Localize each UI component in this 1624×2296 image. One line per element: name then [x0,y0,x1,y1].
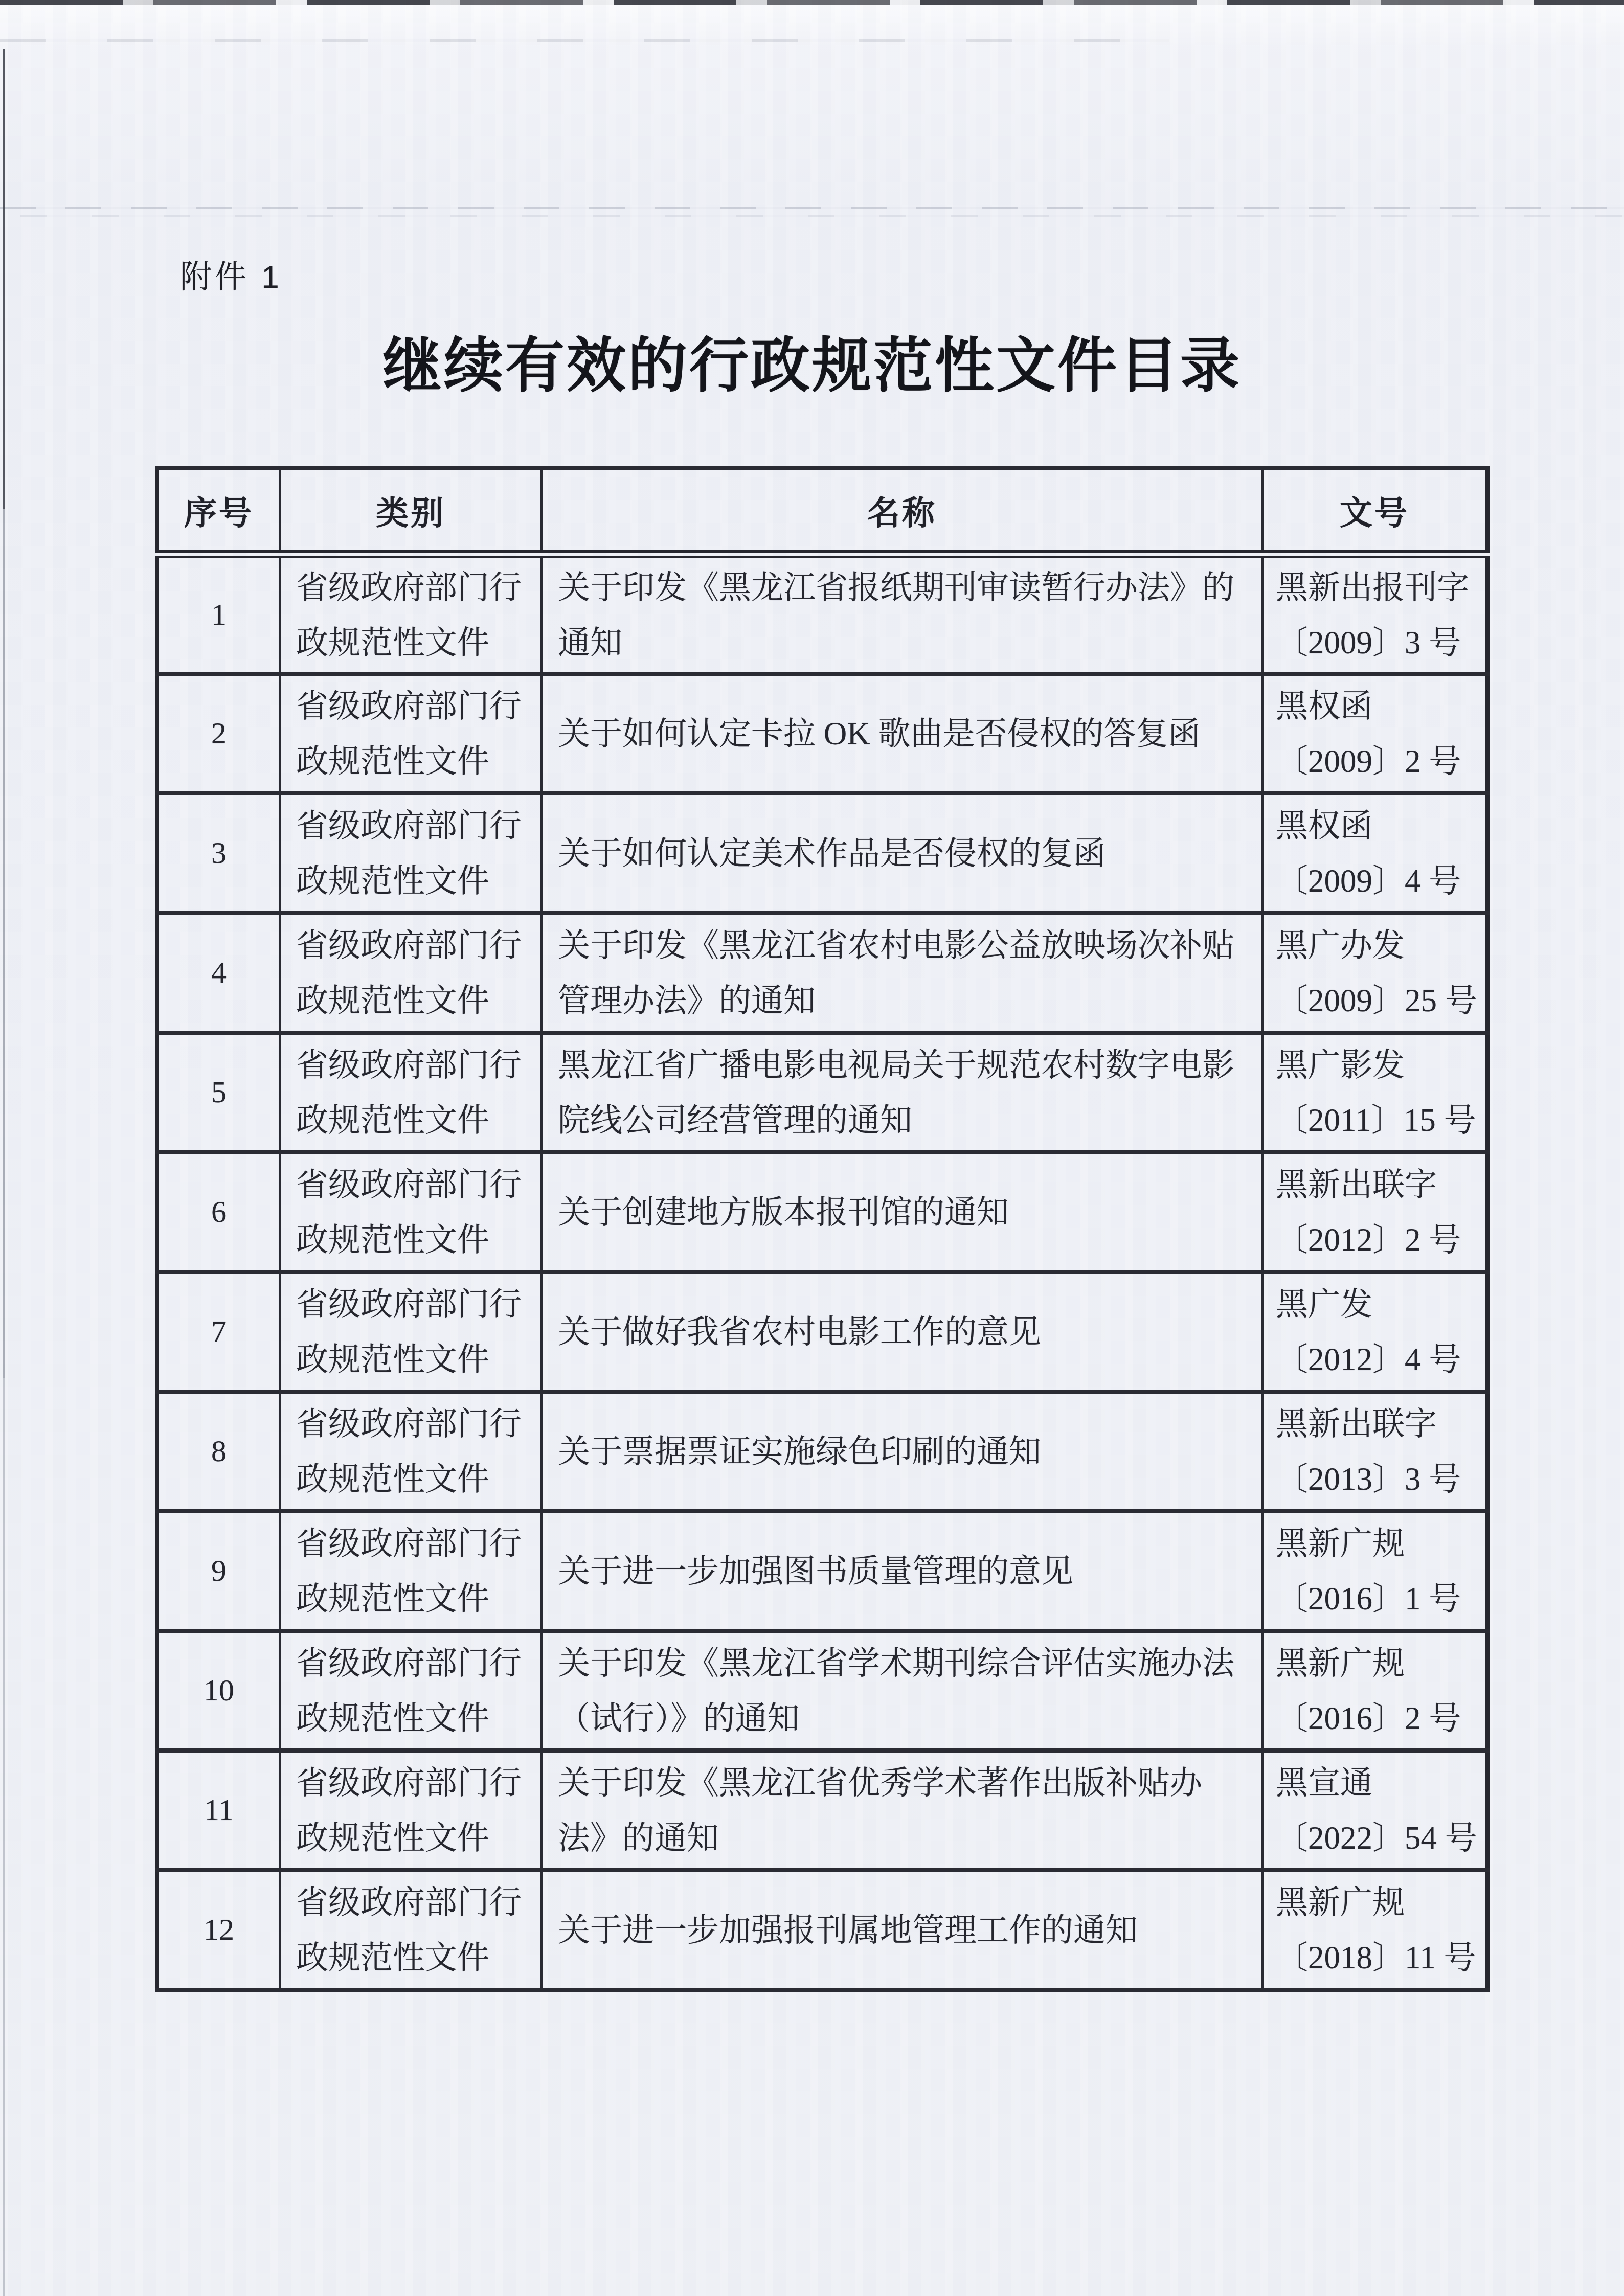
cell-doc-number: 黑新出联字〔2012〕2 号 [1262,1152,1487,1272]
table-body: 1 省级政府部门行政规范性文件 关于印发《黑龙江省报纸期刊审读暂行办法》的通知 … [157,554,1487,1990]
column-header-seq: 序号 [157,468,280,554]
cell-doc-number: 黑权函〔2009〕4 号 [1262,793,1487,913]
scan-smudge-artifact [0,39,1169,42]
cell-doc-name: 关于进一步加强报刊属地管理工作的通知 [542,1870,1262,1990]
table-row: 4 省级政府部门行政规范性文件 关于印发《黑龙江省农村电影公益放映场次补贴管理办… [157,913,1487,1033]
cell-doc-name: 关于如何认定美术作品是否侵权的复函 [542,793,1262,913]
cell-doc-name: 关于进一步加强图书质量管理的意见 [542,1511,1262,1631]
table-row: 5 省级政府部门行政规范性文件 黑龙江省广播电影电视局关于规范农村数字电影院线公… [157,1033,1487,1152]
document-title: 继续有效的行政规范性文件目录 [0,318,1624,403]
cell-doc-number: 黑新出联字〔2013〕3 号 [1262,1392,1487,1511]
cell-category: 省级政府部门行政规范性文件 [280,1392,542,1511]
cell-doc-number: 黑新广规〔2016〕1 号 [1262,1511,1487,1631]
documents-table: 序号 类别 名称 文号 1 省级政府部门行政规范性文件 关于印发《黑龙江省报纸期… [155,466,1490,1992]
cell-category: 省级政府部门行政规范性文件 [280,1033,542,1152]
table-header-row: 序号 类别 名称 文号 [157,468,1487,554]
cell-doc-name: 关于创建地方版本报刊馆的通知 [542,1152,1262,1272]
cell-category: 省级政府部门行政规范性文件 [280,674,542,793]
table-row: 2 省级政府部门行政规范性文件 关于如何认定卡拉 OK 歌曲是否侵权的答复函 黑… [157,674,1487,793]
table-row: 8 省级政府部门行政规范性文件 关于票据票证实施绿色印刷的通知 黑新出联字〔20… [157,1392,1487,1511]
cell-category: 省级政府部门行政规范性文件 [280,1152,542,1272]
cell-doc-name: 黑龙江省广播电影电视局关于规范农村数字电影院线公司经营管理的通知 [542,1033,1262,1152]
cell-seq-number: 2 [157,674,280,793]
cell-doc-name: 关于做好我省农村电影工作的意见 [542,1272,1262,1392]
cell-category: 省级政府部门行政规范性文件 [280,1511,542,1631]
cell-seq-number: 7 [157,1272,280,1392]
table-row: 6 省级政府部门行政规范性文件 关于创建地方版本报刊馆的通知 黑新出联字〔201… [157,1152,1487,1272]
cell-doc-number: 黑宣通〔2022〕54 号 [1262,1751,1487,1870]
cell-category: 省级政府部门行政规范性文件 [280,1631,542,1751]
cell-doc-name: 关于印发《黑龙江省学术期刊综合评估实施办法（试行）》的通知 [542,1631,1262,1751]
cell-doc-number: 黑新出报刊字〔2009〕3 号 [1262,554,1487,674]
cell-seq-number: 1 [157,554,280,674]
scan-fold-line-faint [20,215,1624,217]
column-header-category: 类别 [280,468,542,554]
cell-doc-name: 关于票据票证实施绿色印刷的通知 [542,1392,1262,1511]
cell-category: 省级政府部门行政规范性文件 [280,1751,542,1870]
cell-seq-number: 6 [157,1152,280,1272]
cell-category: 省级政府部门行政规范性文件 [280,554,542,674]
cell-seq-number: 11 [157,1751,280,1870]
cell-doc-name: 关于印发《黑龙江省报纸期刊审读暂行办法》的通知 [542,554,1262,674]
cell-doc-number: 黑广办发〔2009〕25 号 [1262,913,1487,1033]
cell-seq-number: 12 [157,1870,280,1990]
cell-category: 省级政府部门行政规范性文件 [280,793,542,913]
cell-doc-number: 黑广影发〔2011〕15 号 [1262,1033,1487,1152]
cell-doc-number: 黑权函〔2009〕2 号 [1262,674,1487,793]
cell-doc-name: 关于如何认定卡拉 OK 歌曲是否侵权的答复函 [542,674,1262,793]
cell-seq-number: 8 [157,1392,280,1511]
cell-doc-name: 关于印发《黑龙江省农村电影公益放映场次补贴管理办法》的通知 [542,913,1262,1033]
cell-seq-number: 5 [157,1033,280,1152]
cell-doc-name: 关于印发《黑龙江省优秀学术著作出版补贴办法》的通知 [542,1751,1262,1870]
table-row: 3 省级政府部门行政规范性文件 关于如何认定美术作品是否侵权的复函 黑权函〔20… [157,793,1487,913]
cell-doc-number: 黑新广规〔2016〕2 号 [1262,1631,1487,1751]
table-row: 9 省级政府部门行政规范性文件 关于进一步加强图书质量管理的意见 黑新广规〔20… [157,1511,1487,1631]
column-header-doc-number: 文号 [1262,468,1487,554]
cell-category: 省级政府部门行政规范性文件 [280,913,542,1033]
attachment-label: 附件 1 [180,252,282,297]
scan-top-edge-artifact [0,0,1624,5]
table-row: 1 省级政府部门行政规范性文件 关于印发《黑龙江省报纸期刊审读暂行办法》的通知 … [157,554,1487,674]
cell-doc-number: 黑广发〔2012〕4 号 [1262,1272,1487,1392]
scanned-document-page: { "document": { "attachment_label": "附件 … [0,0,1624,2296]
cell-seq-number: 3 [157,793,280,913]
table-row: 7 省级政府部门行政规范性文件 关于做好我省农村电影工作的意见 黑广发〔2012… [157,1272,1487,1392]
cell-seq-number: 10 [157,1631,280,1751]
table-row: 11 省级政府部门行政规范性文件 关于印发《黑龙江省优秀学术著作出版补贴办法》的… [157,1751,1487,1870]
cell-seq-number: 4 [157,913,280,1033]
table-row: 12 省级政府部门行政规范性文件 关于进一步加强报刊属地管理工作的通知 黑新广规… [157,1870,1487,1990]
scan-fold-line [0,207,1624,209]
column-header-name: 名称 [542,468,1262,554]
cell-doc-number: 黑新广规〔2018〕11 号 [1262,1870,1487,1990]
cell-seq-number: 9 [157,1511,280,1631]
cell-category: 省级政府部门行政规范性文件 [280,1272,542,1392]
table-row: 10 省级政府部门行政规范性文件 关于印发《黑龙江省学术期刊综合评估实施办法（试… [157,1631,1487,1751]
cell-category: 省级政府部门行政规范性文件 [280,1870,542,1990]
